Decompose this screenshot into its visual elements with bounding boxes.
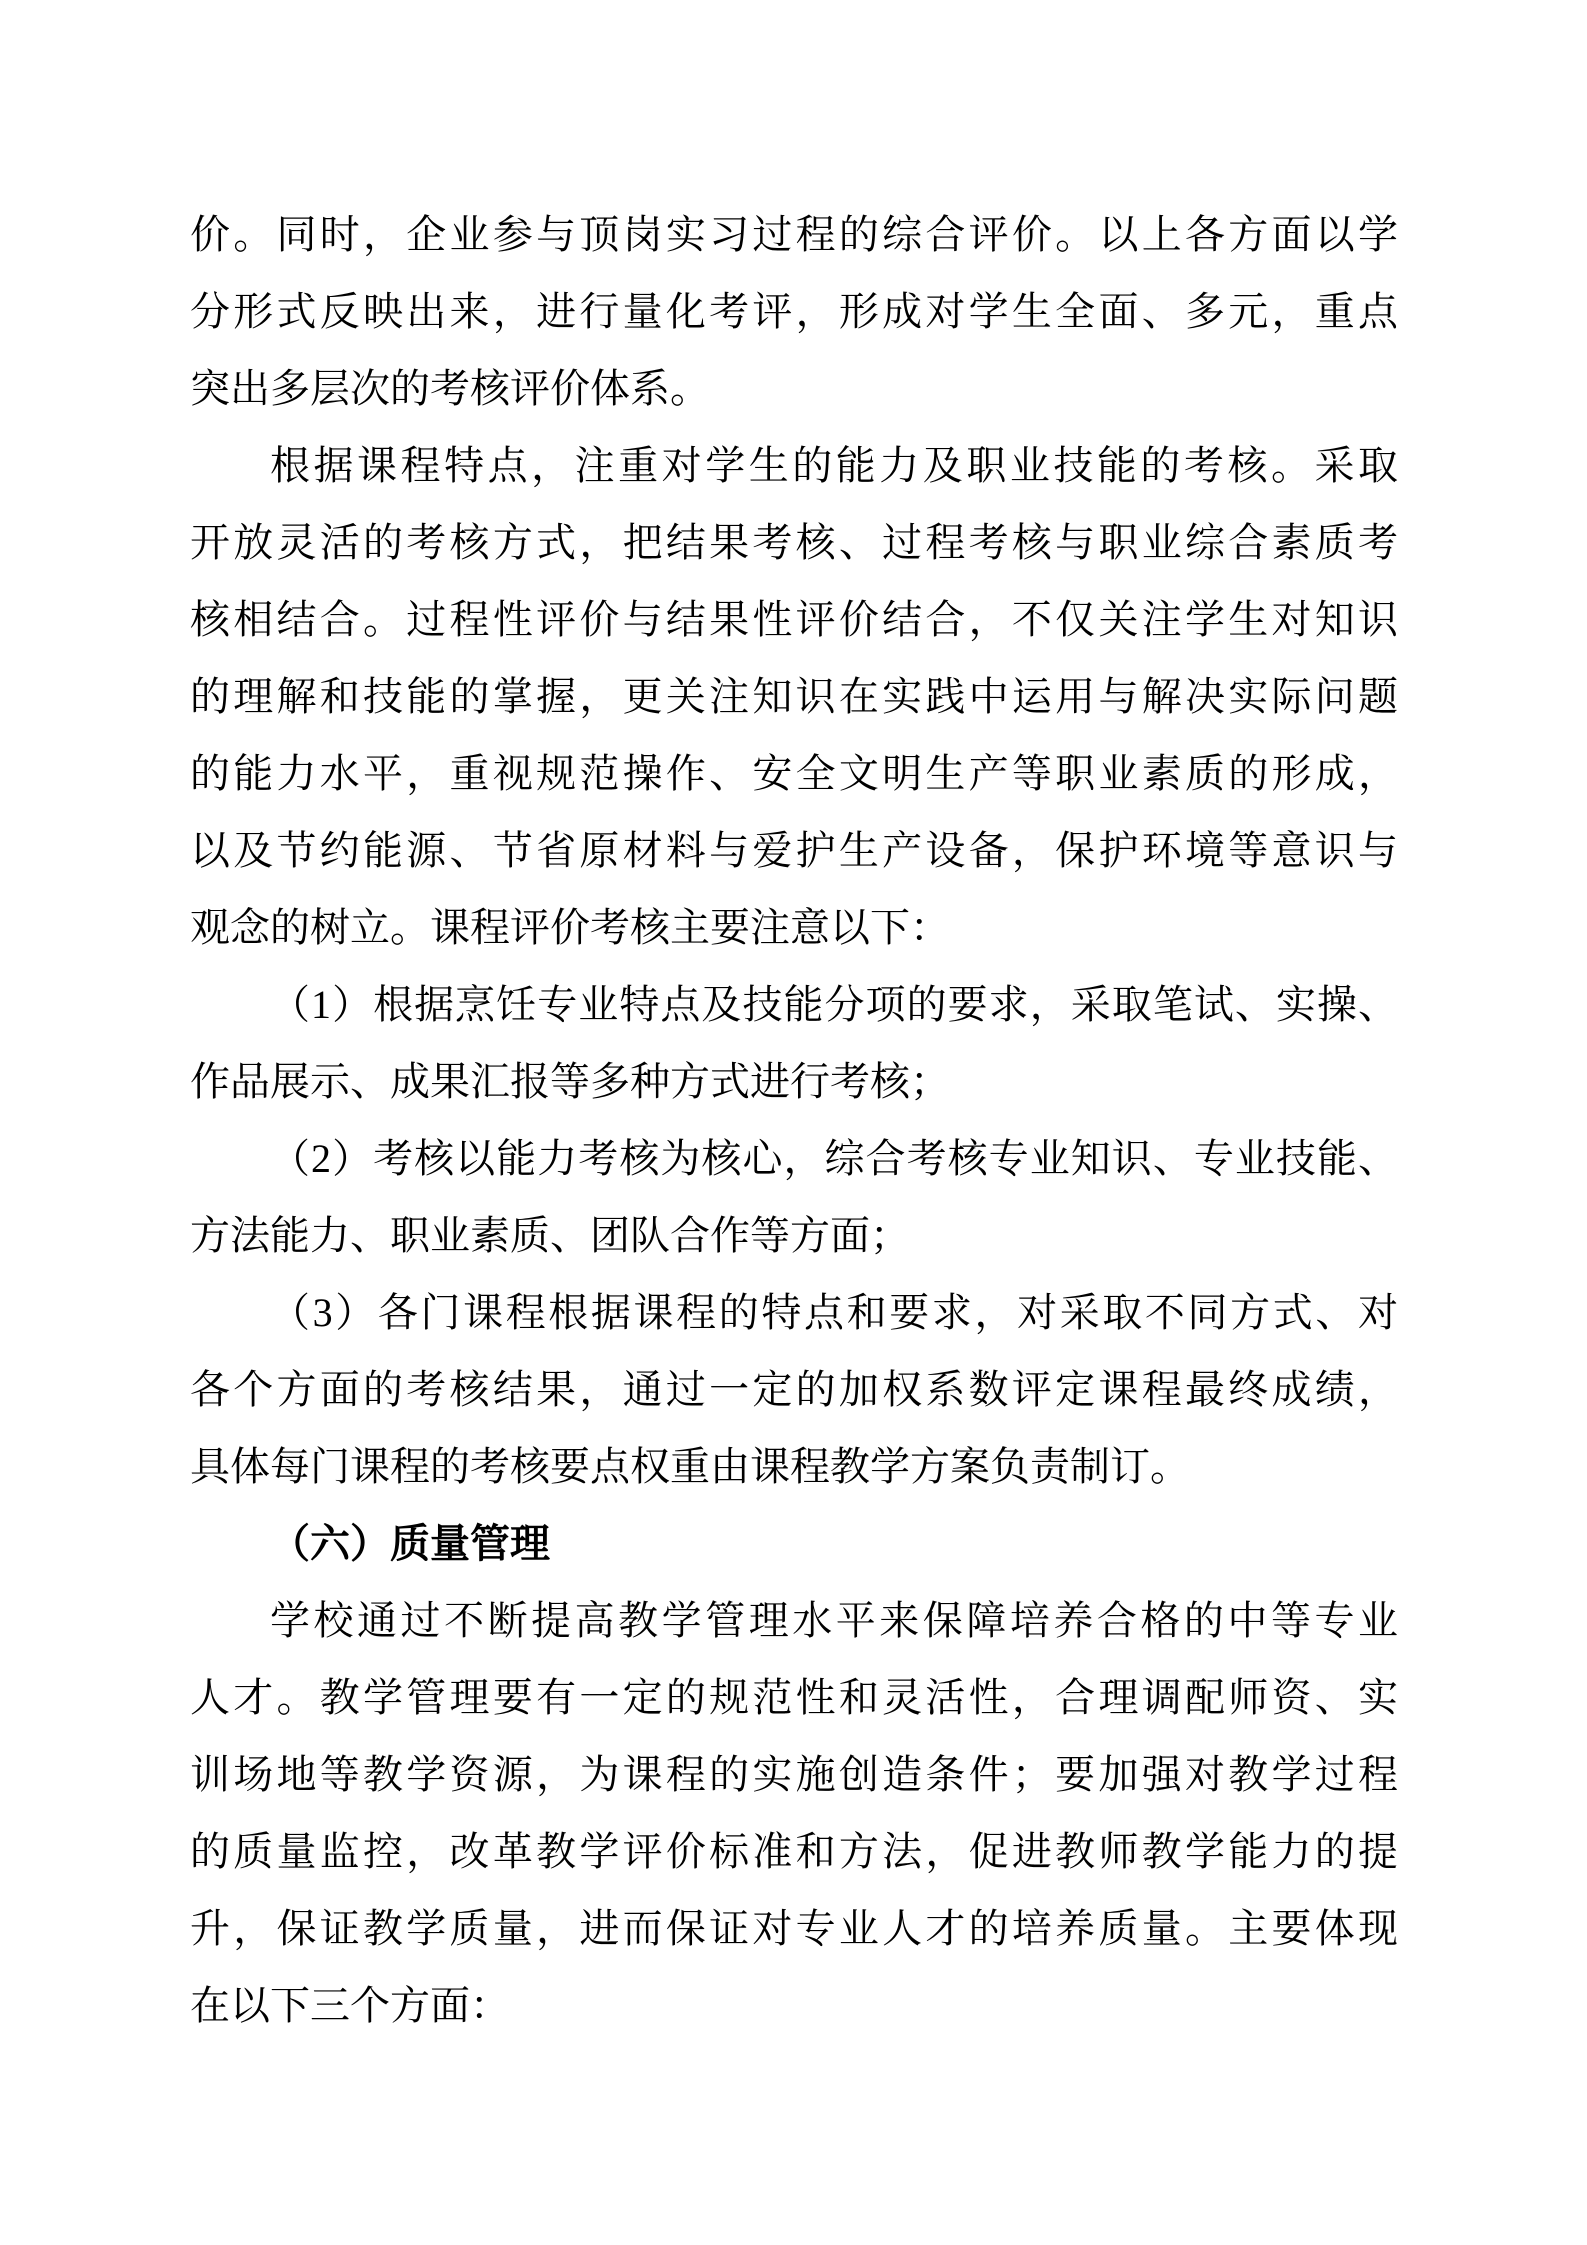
text-line: 训场地等教学资源，为课程的实施创造条件；要加强对教学过程 [190,1736,1398,1813]
section-heading-text: （六）质量管理 [190,1505,1398,1582]
text-line: 升，保证教学质量，进而保证对专业人才的培养质量。主要体现 [190,1890,1398,1967]
text-line: 突出多层次的考核评价体系。 [190,350,1398,427]
text-line: 在以下三个方面： [190,1967,1398,2044]
text-line: 分形式反映出来，进行量化考评，形成对学生全面、多元，重点 [190,273,1398,350]
paragraph: 价。同时，企业参与顶岗实习过程的综合评价。以上各方面以学分形式反映出来，进行量化… [190,196,1398,427]
text-line: （2）考核以能力考核为核心，综合考核专业知识、专业技能、 [190,1120,1398,1197]
section-heading: （六）质量管理 [190,1505,1398,1582]
text-line: 开放灵活的考核方式，把结果考核、过程考核与职业综合素质考 [190,504,1398,581]
paragraph: 根据课程特点，注重对学生的能力及职业技能的考核。采取开放灵活的考核方式，把结果考… [190,427,1398,966]
text-line: （3）各门课程根据课程的特点和要求，对采取不同方式、对 [190,1274,1398,1351]
text-line: 的理解和技能的掌握，更关注知识在实践中运用与解决实际问题 [190,658,1398,735]
text-line: （1）根据烹饪专业特点及技能分项的要求，采取笔试、实操、 [190,966,1398,1043]
paragraph: （3）各门课程根据课程的特点和要求，对采取不同方式、对各个方面的考核结果，通过一… [190,1274,1398,1505]
text-line: 的质量监控，改革教学评价标准和方法，促进教师教学能力的提 [190,1813,1398,1890]
paragraph: 学校通过不断提高教学管理水平来保障培养合格的中等专业人才。教学管理要有一定的规范… [190,1582,1398,2044]
text-line: 以及节约能源、节省原材料与爱护生产设备，保护环境等意识与 [190,812,1398,889]
text-line: 学校通过不断提高教学管理水平来保障培养合格的中等专业 [190,1582,1398,1659]
text-line: 价。同时，企业参与顶岗实习过程的综合评价。以上各方面以学 [190,196,1398,273]
paragraph: （1）根据烹饪专业特点及技能分项的要求，采取笔试、实操、作品展示、成果汇报等多种… [190,966,1398,1120]
text-line: 人才。教学管理要有一定的规范性和灵活性，合理调配师资、实 [190,1659,1398,1736]
text-line: 作品展示、成果汇报等多种方式进行考核； [190,1043,1398,1120]
text-line: 各个方面的考核结果，通过一定的加权系数评定课程最终成绩， [190,1351,1398,1428]
text-line: 具体每门课程的考核要点权重由课程教学方案负责制订。 [190,1428,1398,1505]
text-line: 的能力水平，重视规范操作、安全文明生产等职业素质的形成， [190,735,1398,812]
text-line: 方法能力、职业素质、团队合作等方面； [190,1197,1398,1274]
text-line: 观念的树立。课程评价考核主要注意以下： [190,889,1398,966]
text-line: 根据课程特点，注重对学生的能力及职业技能的考核。采取 [190,427,1398,504]
text-line: 核相结合。过程性评价与结果性评价结合，不仅关注学生对知识 [190,581,1398,658]
document-page: 价。同时，企业参与顶岗实习过程的综合评价。以上各方面以学分形式反映出来，进行量化… [190,196,1398,2044]
paragraph: （2）考核以能力考核为核心，综合考核专业知识、专业技能、方法能力、职业素质、团队… [190,1120,1398,1274]
